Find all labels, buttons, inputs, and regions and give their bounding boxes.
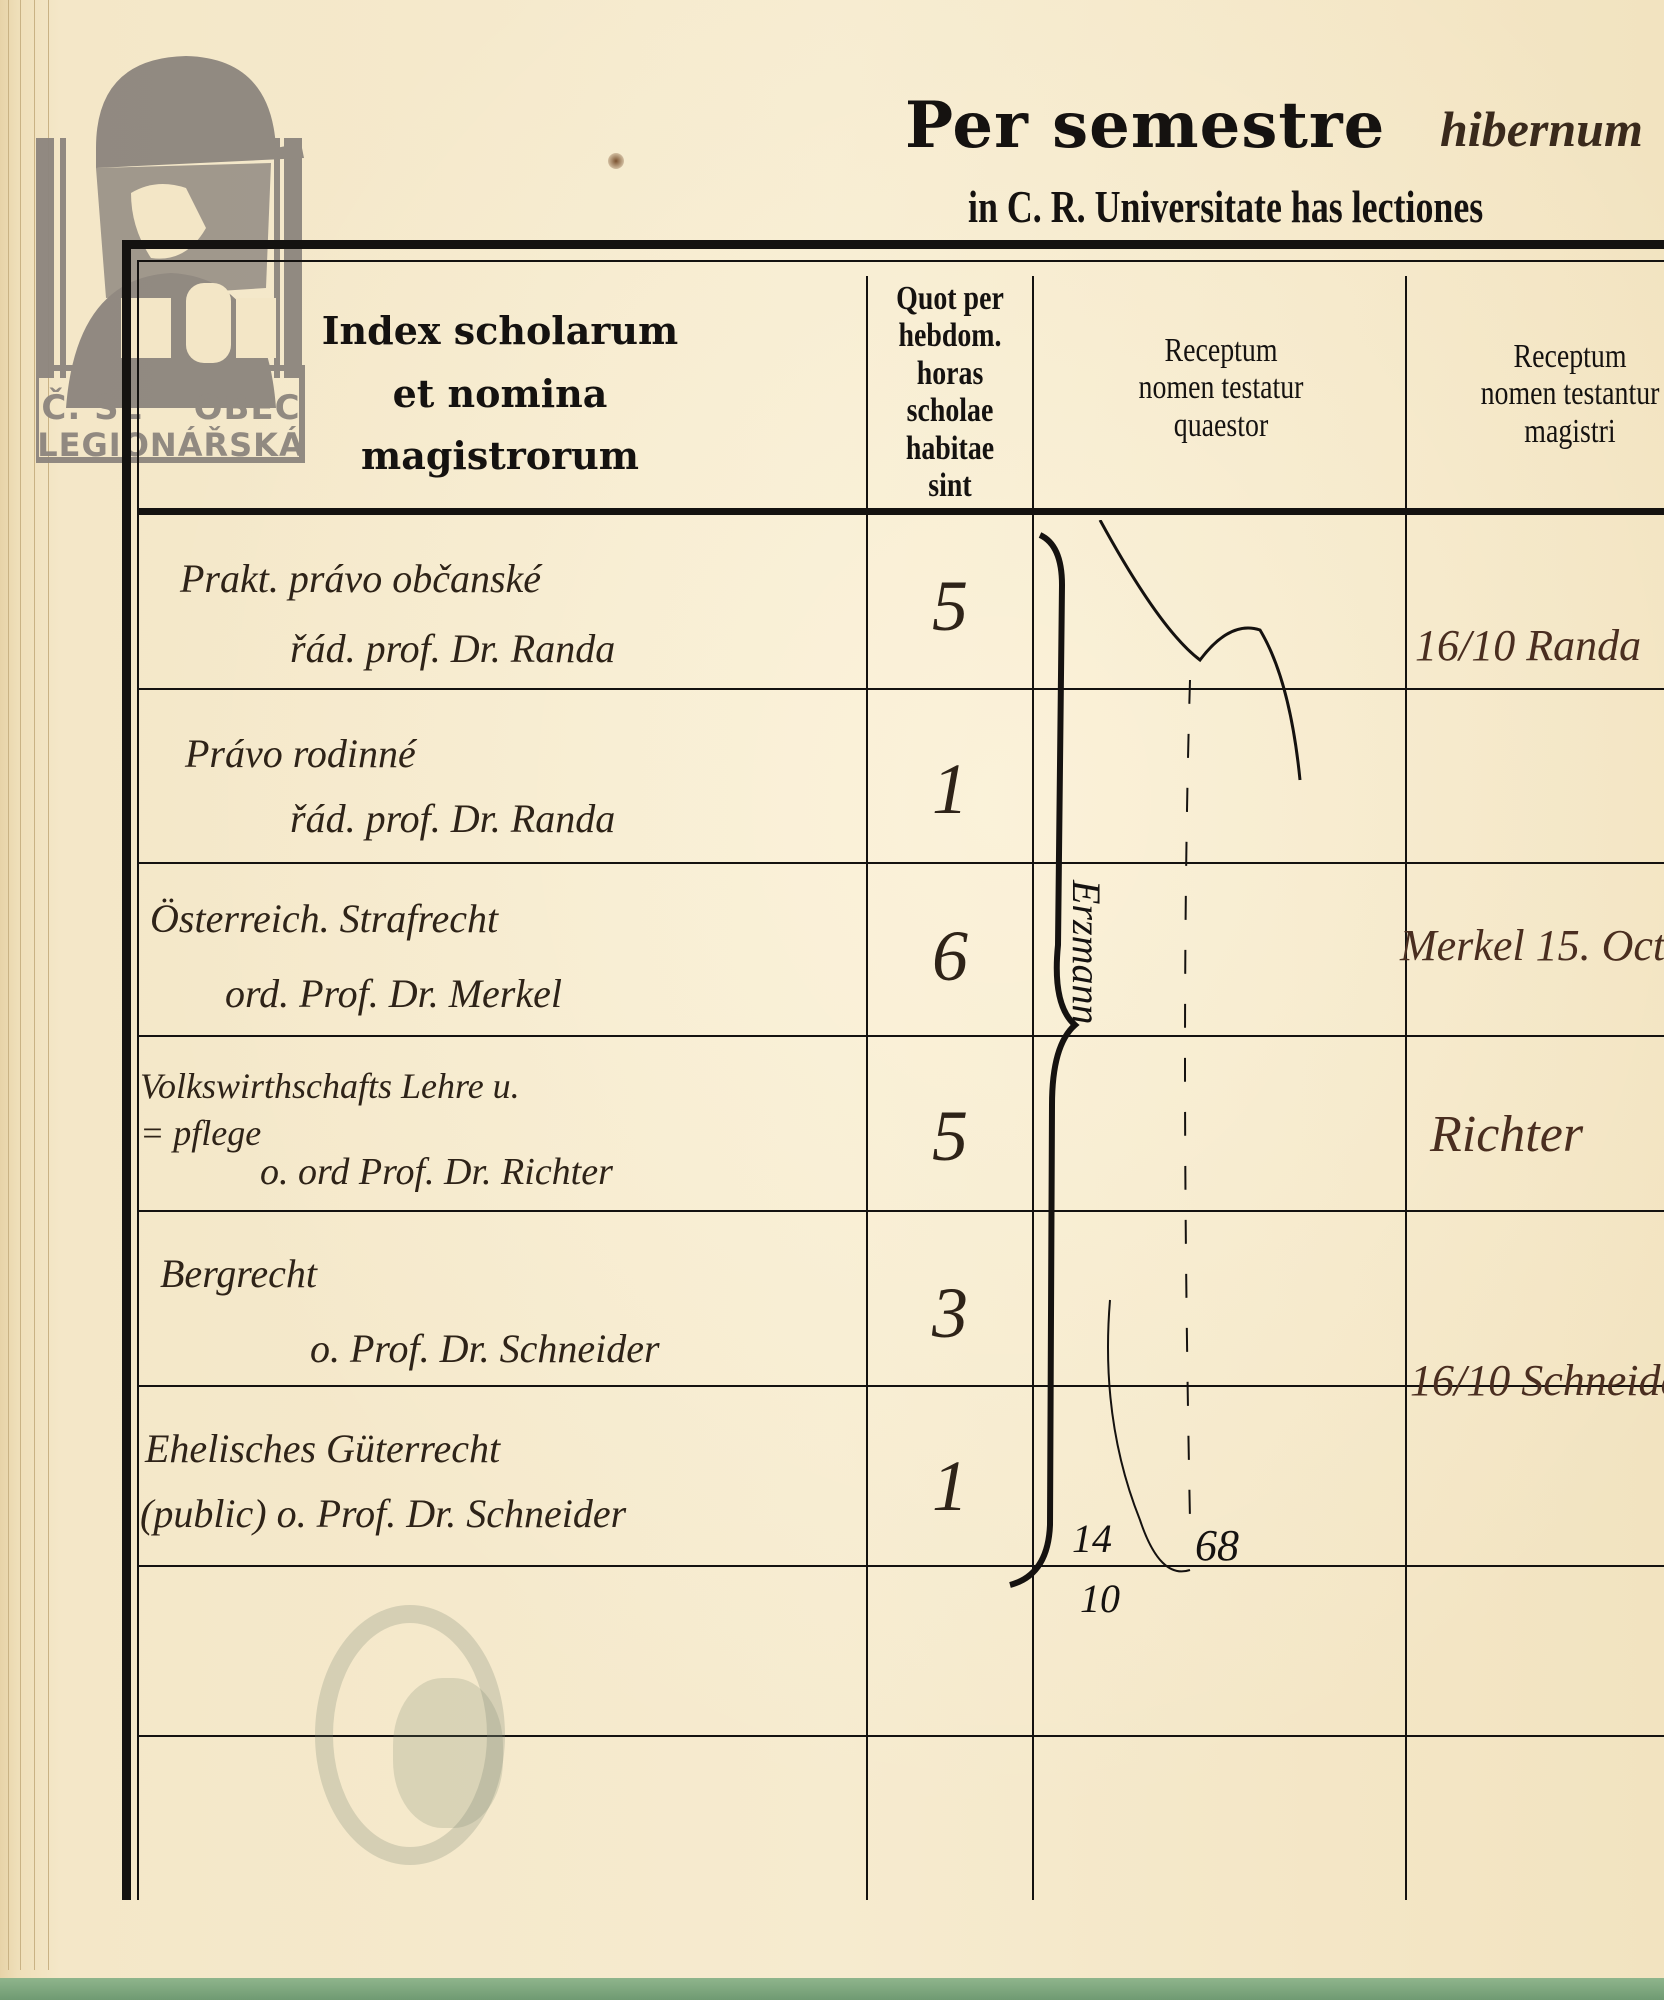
header-line: Index scholarum [260, 300, 740, 363]
course-name: Österreich. Strafrecht [150, 895, 498, 942]
header-line: hebdom. [883, 317, 1017, 354]
professor-name: (public) o. Prof. Dr. Schneider [140, 1490, 626, 1537]
header-line: quaestor [1069, 407, 1372, 444]
hours-value: 5 [900, 1095, 1000, 1178]
semester-subtitle: in C. R. Universitate has lectiones [968, 180, 1483, 233]
semester-handwritten: hibernum [1440, 100, 1643, 158]
course-name: Ehelisches Güterrecht [145, 1425, 500, 1472]
column-header-magistri: Receptum nomen testantur magistri [1435, 338, 1664, 450]
header-line: nomen testatur [1069, 369, 1372, 406]
quaestor-signature-flourish [1080, 520, 1320, 1620]
header-line: magistri [1435, 413, 1664, 450]
professor-name: ord. Prof. Dr. Merkel [225, 970, 562, 1017]
imperial-eagle-seal [315, 1605, 505, 1865]
professor-name: řád. prof. Dr. Randa [290, 795, 615, 842]
column-header-quaestor: Receptum nomen testatur quaestor [1069, 332, 1372, 444]
book-cover-edge [0, 1978, 1664, 2000]
column-header-index: Index scholarum et nomina magistrorum [260, 300, 740, 488]
quaestor-date-month: 10 [1080, 1575, 1120, 1622]
professor-name: o. ord Prof. Dr. Richter [260, 1150, 613, 1194]
course-name: Právo rodinné [185, 730, 416, 777]
quaestor-signature: Erzmann [1063, 880, 1110, 1024]
magistri-signature: 16/10 Schneider [1410, 1355, 1664, 1406]
header-line: sint [883, 467, 1017, 504]
semester-title: Per semestre [905, 88, 1385, 163]
header-line: et nomina [260, 363, 740, 426]
magistri-signature: Merkel 15. Oct. [1400, 920, 1664, 971]
hours-value: 1 [900, 748, 1000, 831]
quaestor-date-year: 68 [1195, 1520, 1239, 1571]
header-line: magistrorum [260, 425, 740, 488]
magistri-signature: Richter [1430, 1105, 1583, 1164]
course-name-continued: = pflege [140, 1112, 261, 1154]
hours-value: 1 [900, 1445, 1000, 1528]
column-header-hours: Quot per hebdom. horas scholae habitae s… [883, 280, 1017, 504]
hours-value: 5 [900, 565, 1000, 648]
professor-name: řád. prof. Dr. Randa [290, 625, 615, 672]
header-line: Receptum [1069, 332, 1372, 369]
quaestor-date-day: 14 [1072, 1515, 1112, 1562]
ink-stain [608, 153, 624, 169]
header-line: Receptum [1435, 338, 1664, 375]
header-line: scholae [883, 392, 1017, 429]
magistri-signature: 16/10 Randa [1415, 620, 1641, 671]
header-line: habitae [883, 430, 1017, 467]
course-name: Volkswirthschafts Lehre u. [140, 1065, 520, 1107]
course-name: Prakt. právo občanské [180, 555, 541, 602]
header-line: nomen testantur [1435, 375, 1664, 412]
header-line: horas [883, 355, 1017, 392]
course-name: Bergrecht [160, 1250, 317, 1297]
professor-name: o. Prof. Dr. Schneider [310, 1325, 660, 1372]
hours-value: 6 [900, 915, 1000, 998]
hours-value: 3 [900, 1272, 1000, 1355]
header-line: Quot per [883, 280, 1017, 317]
